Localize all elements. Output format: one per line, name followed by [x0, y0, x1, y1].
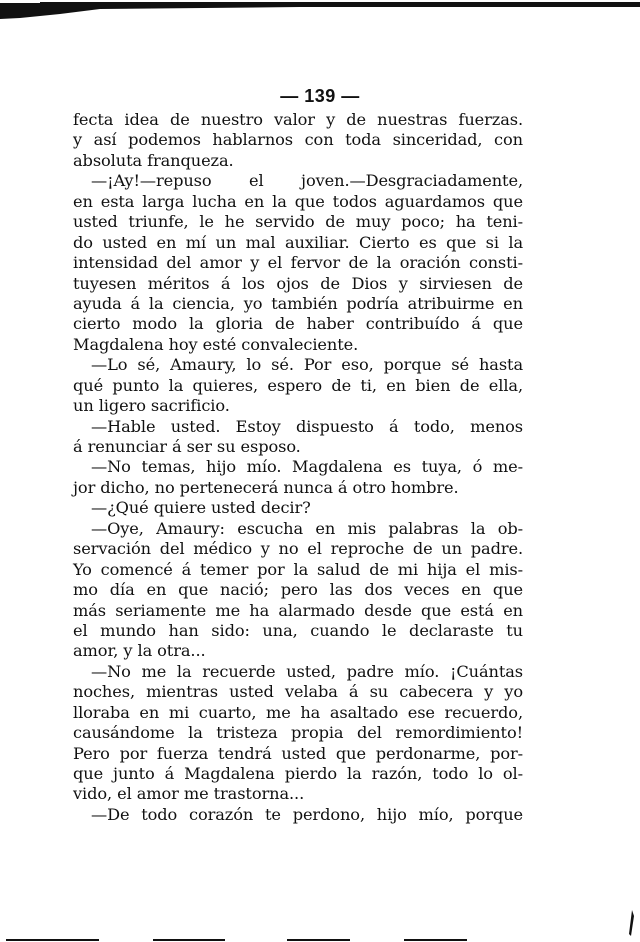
text-line: vido, el amor me trastorna...	[73, 784, 523, 804]
text-line: ayuda á la ciencia, yo también podría at…	[73, 294, 523, 314]
text-line: á renunciar á ser su esposo.	[73, 437, 523, 457]
text-line: lloraba en mi cuarto, me ha asaltado ese…	[73, 703, 523, 723]
footer-rule	[6, 939, 99, 941]
text-line: —Lo sé, Amaury, lo sé. Por eso, porque s…	[73, 355, 523, 375]
text-line: —No temas, hijo mío. Magdalena es tuya, …	[73, 457, 523, 477]
footer-rule	[404, 939, 467, 941]
footer-rule	[287, 939, 350, 941]
text-line: jor dicho, no pertenecerá nunca á otro h…	[73, 478, 523, 498]
text-line: servación del médico y no el reproche de…	[73, 539, 523, 559]
text-line: Yo comencé á temer por la salud de mi hi…	[73, 560, 523, 580]
text-line: do usted en mí un mal auxiliar. Cierto e…	[73, 233, 523, 253]
text-line: —Hable usted. Estoy dispuesto á todo, me…	[73, 417, 523, 437]
text-line: qué punto la quieres, espero de ti, en b…	[73, 376, 523, 396]
footer-rule	[153, 939, 225, 941]
text-line: y así podemos hablarnos con toda sinceri…	[73, 130, 523, 150]
text-line: que junto á Magdalena pierdo la razón, t…	[73, 764, 523, 784]
text-line: mo día en que nació; pero las dos veces …	[73, 580, 523, 600]
text-line: Magdalena hoy esté convaleciente.	[73, 335, 523, 355]
scan-edge-shadow	[0, 0, 640, 20]
text-line: un ligero sacrificio.	[73, 396, 523, 416]
text-line: —¡Ay!—repuso el joven.—Desgraciadamente,	[73, 171, 523, 191]
text-line: tuyesen méritos á los ojos de Dios y sir…	[73, 274, 523, 294]
text-line: en esta larga lucha en la que todos agua…	[73, 192, 523, 212]
text-line: más seriamente me ha alarmado desde que …	[73, 601, 523, 621]
text-line: Pero por fuerza tendrá usted que perdona…	[73, 744, 523, 764]
text-line: usted triunfe, le he servido de muy poco…	[73, 212, 523, 232]
text-line: causándome la tristeza propia del remord…	[73, 723, 523, 743]
text-line: fecta idea de nuestro valor y de nuestra…	[73, 110, 523, 130]
text-line: cierto modo la gloria de haber contribuí…	[73, 314, 523, 334]
text-line: amor, y la otra...	[73, 641, 523, 661]
text-line: intensidad del amor y el fervor de la or…	[73, 253, 523, 273]
text-line: —Oye, Amaury: escucha en mis palabras la…	[73, 519, 523, 539]
text-line: absoluta franqueza.	[73, 151, 523, 171]
body-text: fecta idea de nuestro valor y de nuestra…	[73, 110, 523, 825]
ink-mark	[628, 910, 634, 936]
text-line: el mundo han sido: una, cuando le declar…	[73, 621, 523, 641]
text-line: —No me la recuerde usted, padre mío. ¡Cu…	[73, 662, 523, 682]
text-line: —De todo corazón te perdono, hijo mío, p…	[73, 805, 523, 825]
text-line: —¿Qué quiere usted decir?	[73, 498, 523, 518]
text-line: noches, mientras usted velaba á su cabec…	[73, 682, 523, 702]
page-number: — 139 —	[0, 86, 640, 107]
